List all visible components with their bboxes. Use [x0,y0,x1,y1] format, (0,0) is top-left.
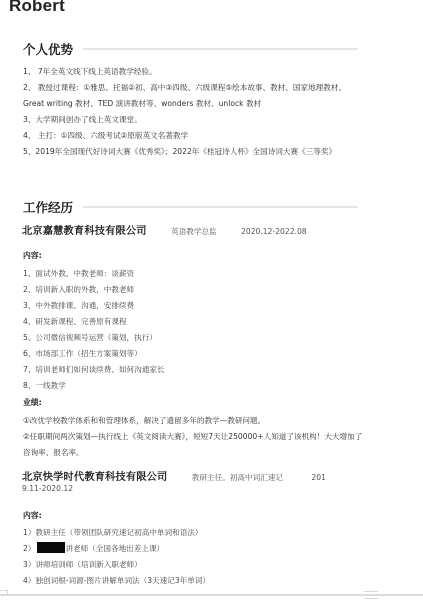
advantage-item: 2、 教授过课程：①雅思、托福②初、高中③四级、六级课程⑤绘本故事、教材、国家地… [23,80,358,112]
job-dates-continued: 9.11-2020.12 [22,484,73,493]
advantage-item: 1、 7年全英文线下线上英语教学经验。 [23,64,358,80]
advantages-title: 个人优势 [23,40,73,58]
job-header: 北京嘉慧教育科技有限公司 英语教学总监 2020.12-2022.08 [22,222,382,237]
duties-label: 内容: [23,510,42,521]
candidate-name: Robert [9,0,65,16]
advantage-item: 5、2019年全国现代好诗词大赛《优秀奖》；2022年《桂冠诗人杯》全国诗词大赛… [23,144,358,160]
achievement-item: ①改优学校教学体系和和管理体系，解决了遗留多年的教学—教研问题。 [23,413,363,429]
duty-prefix: 4） [23,576,35,585]
job-dates-start: 201 [311,473,326,482]
duty-item: 4、研发新课程、完善原有课程 [23,314,363,330]
job-dates: 2020.12-2022.08 [241,227,307,236]
experience-title: 工作经历 [23,198,73,216]
duty-item: 3、中外教排课、沟通，安排续费 [23,298,363,314]
achievement-item: ②任职期间两次策划—执行线上《英文阅读大赛》，短短7天让250000+人知道了该… [23,429,363,461]
advantages-list: 1、 7年全英文线下线上英语教学经验。 2、 教授过课程：①雅思、托福②初、高中… [23,64,358,160]
job-role: 教研主任。初高中词汇速记 [192,473,283,482]
duties-list: 1、面试外教、中教老师：谈薪资 2、培训新入职的外教，中教老师 3、中外教排课、… [23,266,363,394]
section-divider [83,48,358,50]
achievements-label: 业绩: [23,397,42,408]
redacted-block [37,542,65,553]
duty-item: 6、市场部工作（招生方案策划等） [23,346,363,362]
achievements-list: ①改优学校教学体系和和管理体系，解决了遗留多年的教学—教研问题。 ②任职期间两次… [23,413,363,461]
duty-item: 1、面试外教、中教老师：谈薪资 [23,266,363,282]
duty-item: 1）教研主任（带领团队研究速记初高中单词和语法） [23,525,363,541]
experience-header: 工作经历 [23,198,358,216]
duty-text: 独创词根-词源-图片讲解单词法（3天速记3年单词） [35,576,210,585]
job-role: 英语教学总监 [171,227,217,236]
page-bottom-divider [0,594,423,596]
duties-label: 内容: [23,250,42,261]
duty-prefix: 2） [23,544,35,553]
duty-item: 7、培训老师们如何谈续费、如何沟通家长 [23,362,363,378]
duty-prefix: 3） [23,560,35,569]
job-header: 北京快学时代教育科技有限公司 教研主任。初高中词汇速记 201 [22,468,382,483]
resume-page: Robert 个人优势 1、 7年全英文线下线上英语教学经验。 2、 教授过课程… [0,0,423,600]
duty-text: 讲师培训师（培训新入职老师） [35,560,141,569]
duty-text: 教研主任（带领团队研究速记初高中单词和语法） [35,528,202,537]
duty-prefix: 1） [23,528,35,537]
company-name: 北京快学时代教育科技有限公司 [22,472,167,483]
section-divider [83,206,358,208]
duty-item: 8、一线教学 [23,378,363,394]
duty-item: 2、培训新入职的外教，中教老师 [23,282,363,298]
advantages-header: 个人优势 [23,40,358,58]
duties-list: 1）教研主任（带领团队研究速记初高中单词和语法） 2）讲老师（全国各地出差上课）… [23,525,363,589]
duty-item: 5、公司微信视频号运营（策划，执行） [23,330,363,346]
company-name: 北京嘉慧教育科技有限公司 [22,226,147,237]
duty-text: 讲老师（全国各地出差上课） [65,544,164,553]
advantage-item: 4、 主打：①四级、六级考试②原版英文名著教学 [23,128,358,144]
duty-item: 2）讲老师（全国各地出差上课） [23,541,363,557]
advantage-item: 3、大学期间创办了线上英文课堂。 [23,112,358,128]
duty-item: 3）讲师培训师（培训新入职老师） [23,557,363,573]
duty-item: 4）独创词根-词源-图片讲解单词法（3天速记3年单词） [23,573,363,589]
